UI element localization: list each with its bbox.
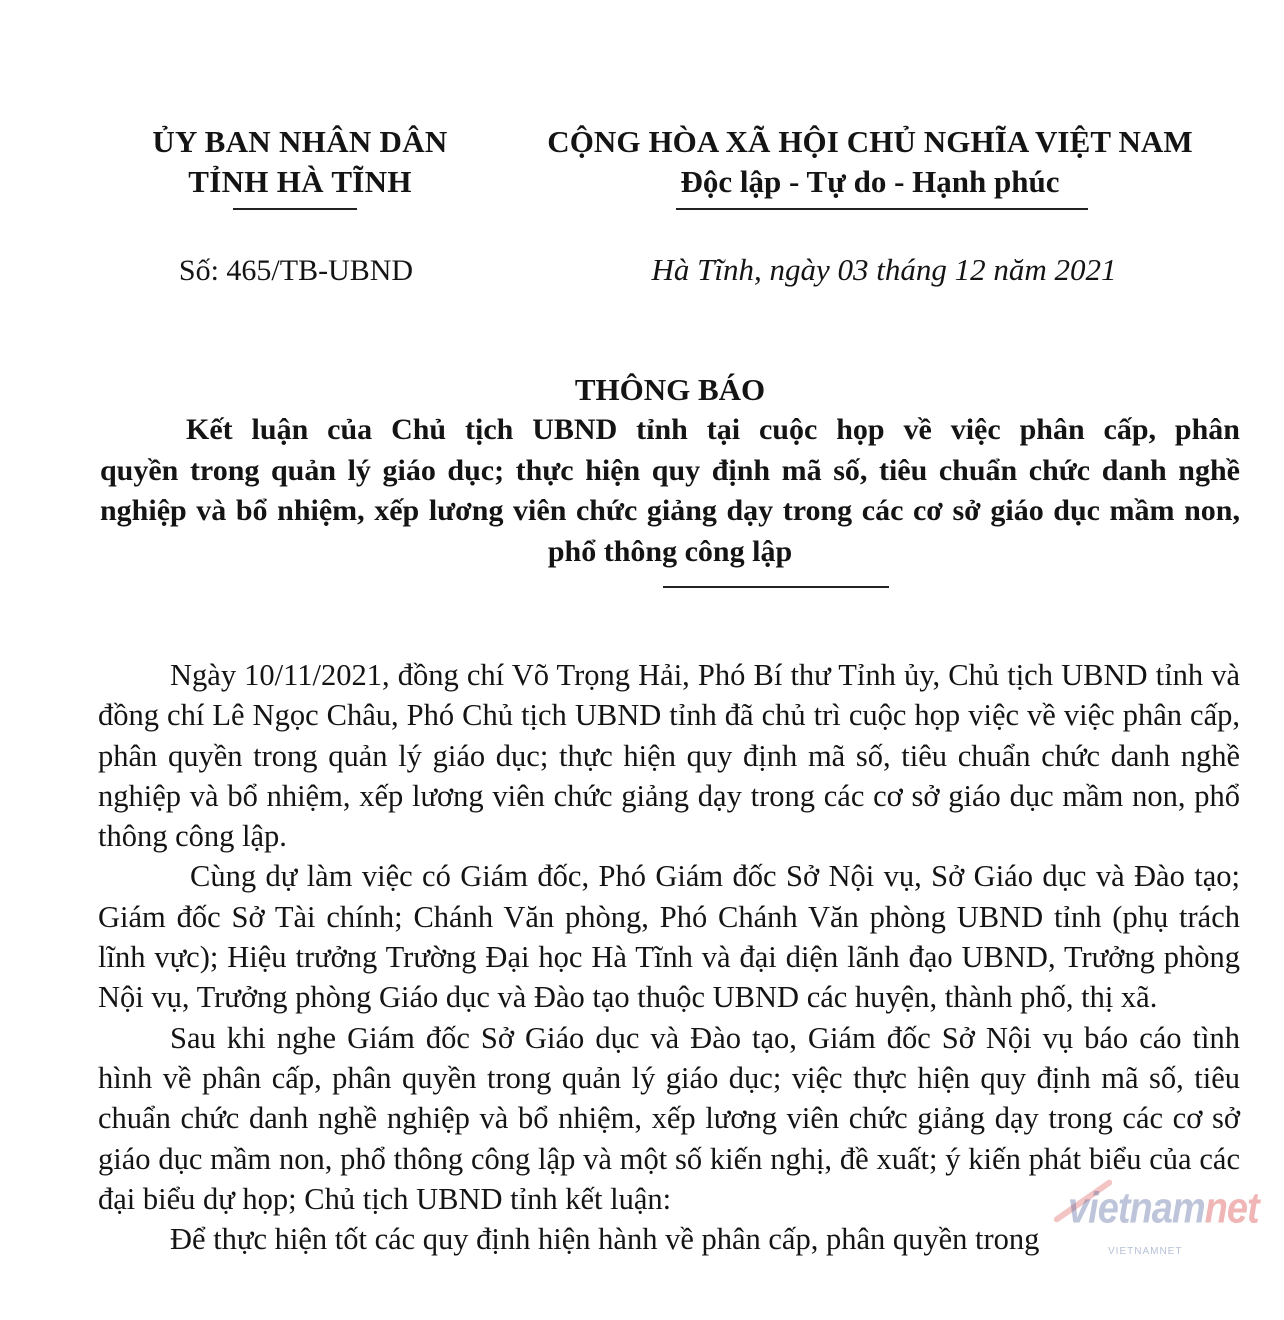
- document-body: Ngày 10/11/2021, đồng chí Võ Trọng Hải, …: [98, 655, 1240, 1259]
- body-paragraph-truncated: Để thực hiện tốt các quy định hiện hành …: [98, 1219, 1240, 1259]
- authority-underline-divider: [233, 208, 357, 210]
- national-title: CỘNG HÒA XÃ HỘI CHỦ NGHĨA VIỆT NAM: [515, 122, 1225, 162]
- title-underline-divider: [663, 586, 889, 588]
- document-page: ỦY BAN NHÂN DÂN TỈNH HÀ TĨNH Số: 465/TB-…: [0, 0, 1284, 1320]
- document-type-heading: THÔNG BÁO: [100, 370, 1240, 410]
- motto-underline-divider: [676, 208, 1088, 210]
- body-paragraph: Cùng dự làm việc có Giám đốc, Phó Giám đ…: [98, 856, 1240, 1017]
- document-title-block: THÔNG BÁO Kết luận của Chủ tịch UBND tỉn…: [100, 370, 1240, 588]
- authority-name-line1: ỦY BAN NHÂN DÂN: [100, 122, 500, 162]
- national-header-block: CỘNG HÒA XÃ HỘI CHỦ NGHĨA VIỆT NAM Độc l…: [515, 122, 1225, 288]
- body-paragraph: Ngày 10/11/2021, đồng chí Võ Trọng Hải, …: [98, 655, 1240, 856]
- national-motto: Độc lập - Tự do - Hạnh phúc: [515, 162, 1225, 202]
- document-subject: Kết luận của Chủ tịch UBND tỉnh tại cuộc…: [100, 410, 1240, 572]
- document-subject-rest: quyền trong quản lý giáo dục; thực hiện …: [100, 454, 1240, 568]
- place-and-date: Hà Tĩnh, ngày 03 tháng 12 năm 2021: [529, 252, 1239, 288]
- authority-name-line2: TỈNH HÀ TĨNH: [100, 162, 500, 202]
- document-number: Số: 465/TB-UBND: [96, 253, 496, 289]
- body-paragraph: Sau khi nghe Giám đốc Sở Giáo dục và Đào…: [98, 1018, 1240, 1219]
- issuing-authority-block: ỦY BAN NHÂN DÂN TỈNH HÀ TĨNH Số: 465/TB-…: [100, 122, 500, 289]
- document-subject-line1: Kết luận của Chủ tịch UBND tỉnh tại cuộc…: [100, 410, 1240, 451]
